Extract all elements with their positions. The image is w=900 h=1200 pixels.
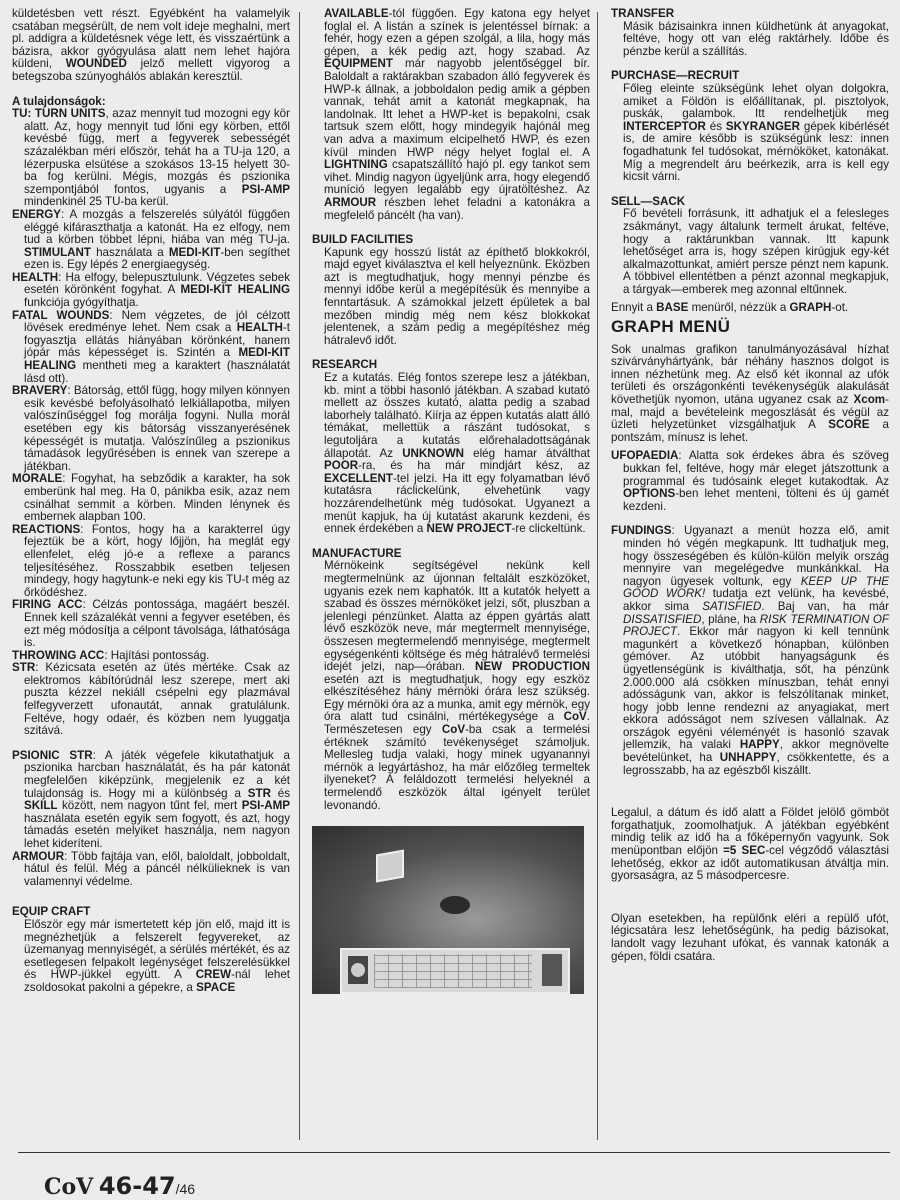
hud-grid: [374, 954, 532, 988]
base-end-text: Ennyit a BASE menüről, nézzük a GRAPH-ot…: [611, 302, 889, 315]
attr-fatal-wounds: FATAL WOUNDS: Nem végzetes, de jól célzo…: [12, 310, 290, 386]
attr-energy: ENERGY: A mozgás a felszerelés súlyától …: [12, 209, 290, 272]
equip-craft-continued: AVAILABLE-tól függően. Egy katona egy he…: [312, 8, 590, 222]
research-text: Ez a kutatás. Elég fontos szerepe lesz a…: [312, 372, 590, 536]
crater-graphic: [440, 896, 470, 914]
attr-health: HEALTH: Ha elfogy, belepusztulunk. Végze…: [12, 272, 290, 310]
footer-rule: [18, 1152, 890, 1153]
attr-morale: MORALE: Fogyhat, ha sebződik a karakter,…: [12, 473, 290, 523]
column-1: küldetésben vett részt. Egyébként ha val…: [12, 8, 290, 995]
column-3: TRANSFER Másik bázisainkra innen küldhet…: [611, 8, 889, 963]
build-facilities-heading: BUILD FACILITIES: [312, 234, 590, 247]
purchase-text: Főleg eleinte szükségünk lehet olyan dol…: [611, 83, 889, 184]
page-footer: CoV 46-47/46: [44, 1172, 195, 1200]
game-hud-panel: [340, 948, 570, 994]
attr-tu: TU: TURN UNITS, azaz mennyit tud mozogni…: [12, 108, 290, 209]
column-divider-2: [597, 12, 598, 1140]
graph-menu-heading: GRAPH MENÜ: [611, 321, 889, 334]
attr-reactions: REACTIONS: Fontos, hogy ha a karakterrel…: [12, 524, 290, 600]
issue-number: 46-47: [99, 1172, 176, 1200]
page-number: /46: [176, 1181, 195, 1197]
intro-paragraph: küldetésben vett részt. Egyébként ha val…: [12, 8, 290, 84]
column-divider-1: [299, 12, 300, 1140]
attr-str: STR: Kézicsata esetén az ütés mértéke. C…: [12, 662, 290, 738]
attr-bravery: BRAVERY: Bátorság, ettől függ, hogy mily…: [12, 385, 290, 473]
bottom-globe-text: Legalul, a dátum és idő alatt a Földet j…: [611, 807, 889, 883]
column-2: AVAILABLE-tól függően. Egy katona egy he…: [312, 8, 590, 994]
sell-text: Fő bevételi forrásunk, itt adhatjuk el a…: [611, 208, 889, 296]
attr-firing-acc: FIRING ACC: Célzás pontossága, magáért b…: [12, 599, 290, 649]
game-screenshot-image: [312, 826, 584, 994]
fundings-text: FUNDINGS: Ugyanazt a menüt hozza elő, am…: [611, 525, 889, 777]
graph-text: Sok unalmas grafikon tanulmányozásával h…: [611, 344, 889, 445]
globe-icon: [348, 956, 368, 984]
ufo-ship-graphic: [376, 850, 404, 883]
combat-text: Olyan esetekben, ha repülőnk eléri a rep…: [611, 913, 889, 963]
magazine-name: CoV: [44, 1174, 93, 1200]
attr-armour: ARMOUR: Több fajtája van, elől, baloldal…: [12, 851, 290, 889]
build-facilities-text: Kapunk egy hosszú listát az építhető blo…: [312, 247, 590, 348]
transfer-text: Másik bázisainkra innen küldhetünk át an…: [611, 21, 889, 59]
soldier-portrait-icon: [542, 954, 562, 986]
manufacture-text: Mérnökeink segítségével nekünk kell megt…: [312, 560, 590, 812]
ufopaedia-text: UFOPAEDIA: Alatta sok érdekes ábra és sz…: [611, 450, 889, 513]
transfer-heading: TRANSFER: [611, 8, 889, 21]
attr-psionic-str: PSIONIC STR: A játék végefele kikutathat…: [12, 750, 290, 851]
equip-craft-text: Először egy már ismertetett kép jön elő,…: [12, 919, 290, 995]
